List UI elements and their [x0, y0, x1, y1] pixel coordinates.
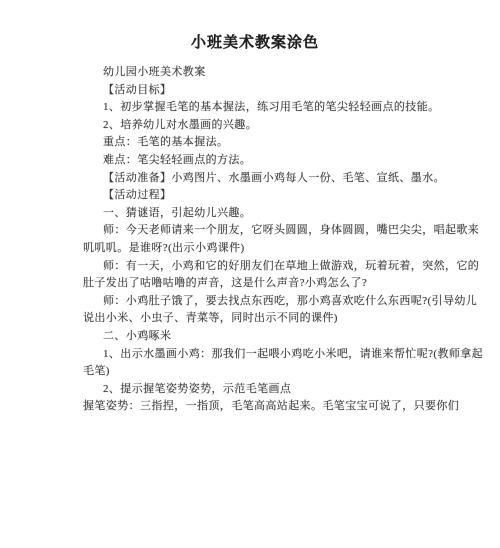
- text-line: 二、小鸡啄米: [83, 328, 483, 346]
- document-title: 小班美术教案涂色: [10, 31, 500, 52]
- text-line: 毛笔): [83, 363, 483, 381]
- document-body: 幼儿园小班美术教案【活动目标】1、初步掌握毛笔的基本握法，练习用毛笔的笔尖轻轻画…: [83, 64, 483, 416]
- text-line: 【活动过程】: [83, 187, 483, 205]
- text-line: 【活动准备】小鸡图片、水墨画小鸡每人一份、毛笔、宣纸、墨水。: [83, 170, 483, 188]
- text-line: 【活动目标】: [83, 82, 483, 100]
- text-line: 叽叽叽。是谁呀?(出示小鸡课件): [83, 240, 483, 258]
- text-line: 师：小鸡肚子饿了，要去找点东西吃，那小鸡喜欢吃什么东西呢?(引导幼儿: [83, 293, 483, 311]
- text-line: 幼儿园小班美术教案: [83, 64, 483, 82]
- text-line: 2、提示握笔姿势姿势，示范毛笔画点: [83, 381, 483, 399]
- text-line: 握笔姿势：三指捏，一指顶，毛笔高高站起来。毛笔宝宝可说了，只要你们: [83, 398, 483, 416]
- text-line: 1、出示水墨画小鸡：那我们一起喂小鸡吃小米吧，请谁来帮忙呢?(教师拿起: [83, 346, 483, 364]
- document-page: 小班美术教案涂色 幼儿园小班美术教案【活动目标】1、初步掌握毛笔的基本握法，练习…: [0, 0, 500, 548]
- text-line: 难点：笔尖轻轻画点的方法。: [83, 152, 483, 170]
- text-line: 一、猜谜语，引起幼儿兴趣。: [83, 205, 483, 223]
- text-line: 师：有一天，小鸡和它的好朋友们在草地上做游戏，玩着玩着，突然，它的: [83, 258, 483, 276]
- text-line: 1、初步掌握毛笔的基本握法，练习用毛笔的笔尖轻轻画点的技能。: [83, 99, 483, 117]
- text-line: 2、培养幼儿对水墨画的兴趣。: [83, 117, 483, 135]
- text-line: 师：今天老师请来一个朋友，它呀头圆圆，身体圆圆，嘴巴尖尖，唱起歌来: [83, 222, 483, 240]
- text-line: 重点：毛笔的基本握法。: [83, 134, 483, 152]
- text-line: 肚子发出了咕噜咕噜的声音，这是什么声音?小鸡怎么了?: [83, 275, 483, 293]
- text-line: 说出小米、小虫子、青菜等，同时出示不同的课件): [83, 310, 483, 328]
